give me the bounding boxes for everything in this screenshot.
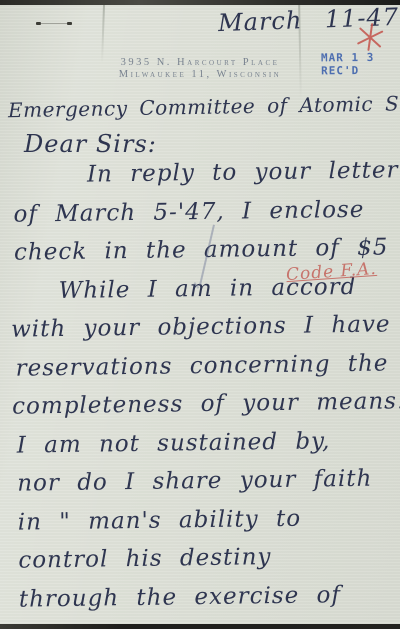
scan-edge-bottom [0,624,400,629]
salutation-line: Dear Sirs: [24,130,157,158]
handwritten-line: reservations concerning the [11,350,397,394]
paper-crease [101,5,105,63]
letterhead-city: Milwaukee 11, Wisconsin [0,69,400,81]
handwritten-line: control his destiny [14,542,400,586]
staple-mark [36,22,72,26]
scanned-letter-page: March 11-47 MAR 1 3 REC'D 3935 N. Harcou… [0,0,400,629]
letterhead-address: 3935 N. Harcourt Place Milwaukee 11, Wis… [0,57,400,81]
handwritten-line: through the exercise of [15,581,400,625]
handwritten-line: of March 5-'47, I enclose [9,196,395,240]
handwritten-line: nor do I share your faith [13,465,399,509]
handwritten-line: In reply to your letter [9,157,395,201]
recipient-line: Emergency Committee of Atomic Scientists [8,90,400,122]
handwritten-line: in " man's ability to [14,504,400,548]
handwritten-line: with your objections I have [11,311,397,355]
handwritten-line: I am not sustained by, [13,427,399,471]
letter-body: In reply to your letterof March 5-'47, I… [9,157,400,624]
handwritten-line: completeness of your means. [12,388,398,432]
letterhead-street: 3935 N. Harcourt Place [0,57,400,69]
